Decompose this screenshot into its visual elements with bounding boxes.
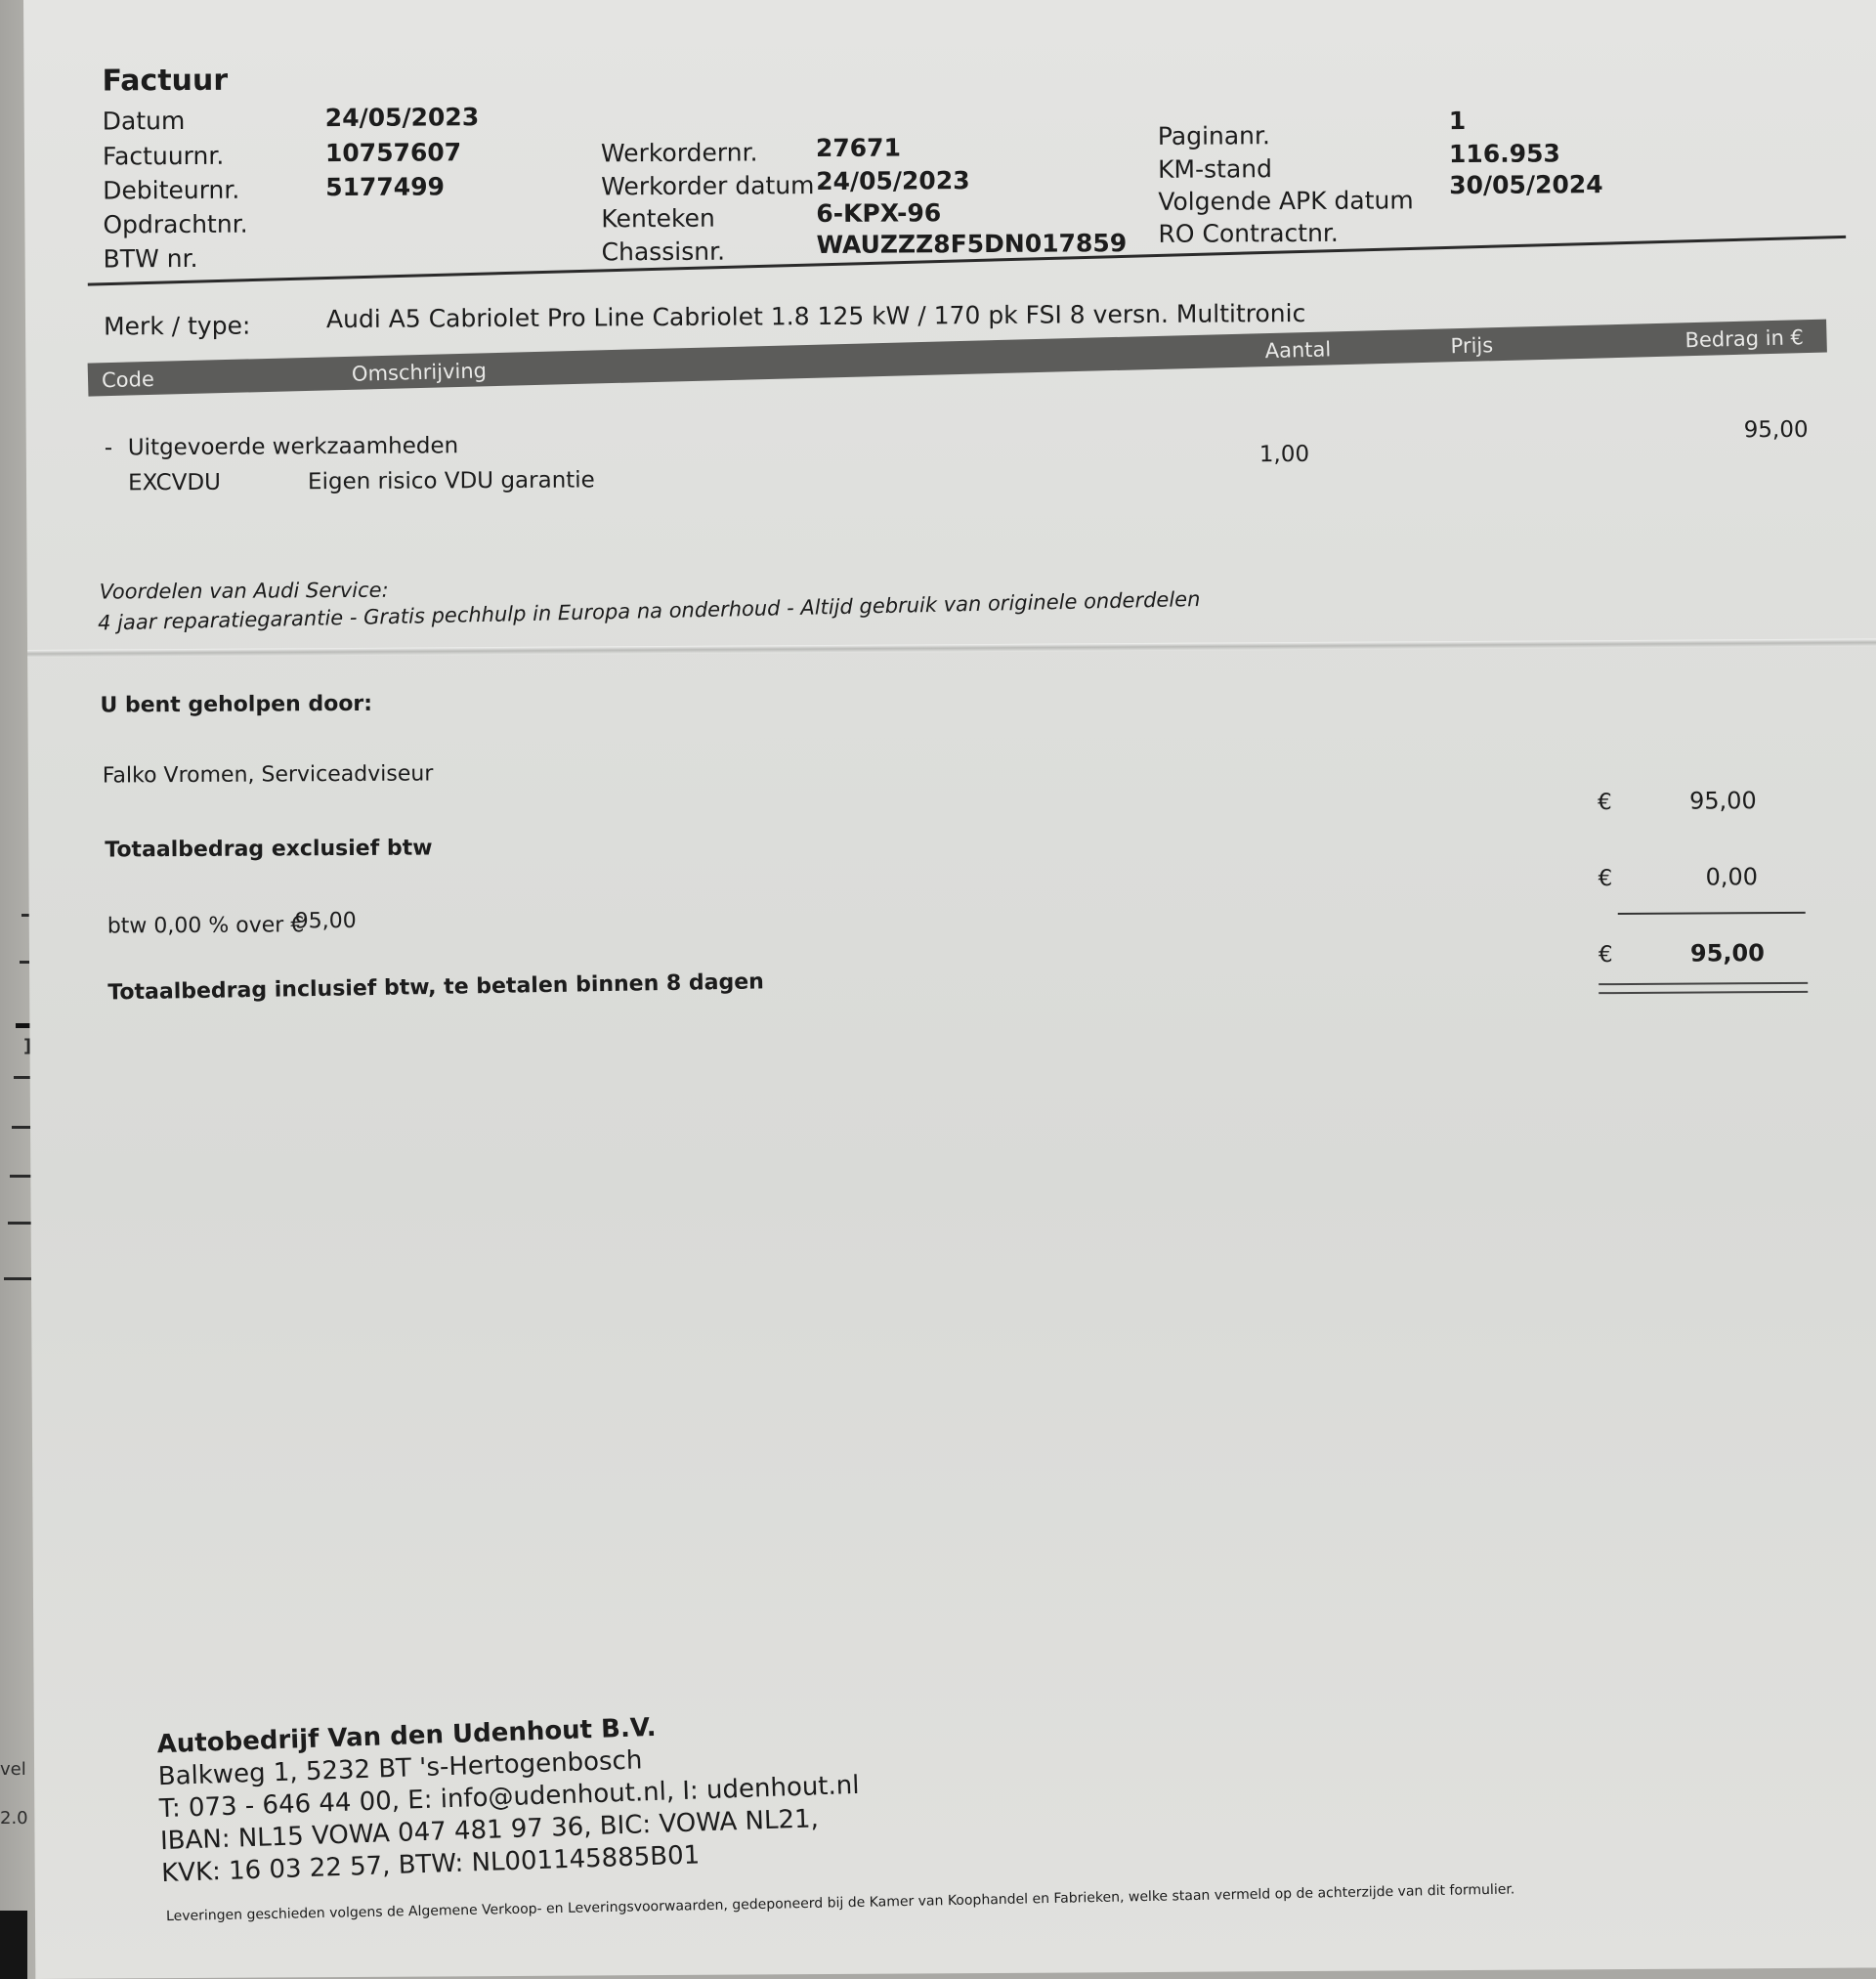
margin-tick — [8, 1222, 33, 1225]
vat-base: 95,00 — [295, 909, 357, 933]
label-werkordernr: Werkordernr. — [601, 138, 758, 167]
value-datum: 24/05/2023 — [325, 103, 480, 132]
total-double-rule — [1599, 982, 1808, 994]
document-title: Factuur — [102, 64, 228, 99]
label-btw-nr: BTW nr. — [104, 244, 198, 274]
vat-value: 0,00 — [1705, 863, 1758, 890]
legal-terms: Leveringen geschieden volgens de Algemen… — [166, 1881, 1515, 1924]
label-paginanr: Paginanr. — [1158, 121, 1270, 151]
label-datum: Datum — [103, 107, 186, 136]
value-werkorder-datum: 24/05/2023 — [816, 166, 970, 195]
value-kenteken: 6-KPX-96 — [816, 198, 941, 228]
helped-by-heading: U bent geholpen door: — [100, 692, 372, 718]
dark-corner — [0, 1911, 27, 1979]
vat-label: btw 0,00 % over € — [107, 913, 305, 938]
label-km-stand: KM-stand — [1158, 154, 1272, 184]
col-header-description: Omschrijving — [352, 359, 488, 385]
total-excl-label: Totaalbedrag exclusief btw — [105, 836, 432, 862]
invoice-sheet: Factuur Datum 24/05/2023 Factuurnr. 1075… — [23, 0, 1876, 1979]
total-incl-label: Totaalbedrag inclusief btw, te betalen b… — [107, 969, 764, 1005]
section-title: Uitgevoerde werkzaamheden — [128, 433, 459, 460]
currency-symbol: € — [1598, 790, 1612, 815]
row-code: EXCVDU — [128, 470, 221, 496]
value-km-stand: 116.953 — [1449, 139, 1560, 168]
section-bullet: - — [105, 435, 112, 460]
value-merk-type: Audi A5 Cabriolet Pro Line Cabriolet 1.8… — [326, 299, 1305, 333]
label-factuurnr: Factuurnr. — [103, 142, 224, 171]
label-ro-contractnr: RO Contractnr. — [1158, 219, 1339, 248]
col-header-price: Prijs — [1450, 333, 1493, 358]
advisor-name: Falko Vromen, Serviceadviseur — [103, 761, 434, 788]
col-header-quantity: Aantal — [1264, 337, 1331, 363]
label-chassisnr: Chassisnr. — [601, 237, 725, 267]
subtotal-rule — [1618, 912, 1806, 915]
service-note-heading: Voordelen van Audi Service: — [100, 579, 389, 604]
row-quantity: 1,00 — [1259, 442, 1309, 467]
col-header-code: Code — [102, 367, 154, 392]
company-block: Autobedrijf Van den Udenhout B.V. Balkwe… — [156, 1705, 862, 1890]
margin-fragment: 2.0 — [0, 1808, 28, 1828]
margin-fragment: vel — [0, 1759, 26, 1780]
margin-tick — [4, 1277, 33, 1280]
row-description: Eigen risico VDU garantie — [308, 467, 595, 495]
label-werkorder-datum: Werkorder datum — [601, 171, 814, 200]
value-paginanr: 1 — [1449, 107, 1467, 135]
currency-symbol: € — [1599, 942, 1613, 968]
value-debiteurnr: 5177499 — [325, 172, 445, 201]
value-werkordernr: 27671 — [816, 134, 901, 163]
label-volgende-apk: Volgende APK datum — [1158, 186, 1414, 216]
label-debiteurnr: Debiteurnr. — [103, 176, 239, 205]
section-amount: 95,00 — [1744, 417, 1809, 443]
col-header-amount: Bedrag in € — [1684, 325, 1804, 352]
value-chassisnr: WAUZZZ8F5DN017859 — [816, 229, 1127, 259]
label-kenteken: Kenteken — [601, 204, 715, 234]
total-excl-value: 95,00 — [1689, 787, 1757, 814]
currency-symbol: € — [1598, 866, 1612, 891]
value-factuurnr: 10757607 — [325, 138, 461, 167]
label-opdrachtnr: Opdrachtnr. — [103, 210, 247, 239]
label-merk-type: Merk / type: — [104, 312, 250, 341]
value-volgende-apk: 30/05/2024 — [1449, 170, 1603, 199]
total-incl-value: 95,00 — [1690, 939, 1765, 967]
paper-fold — [27, 638, 1876, 658]
